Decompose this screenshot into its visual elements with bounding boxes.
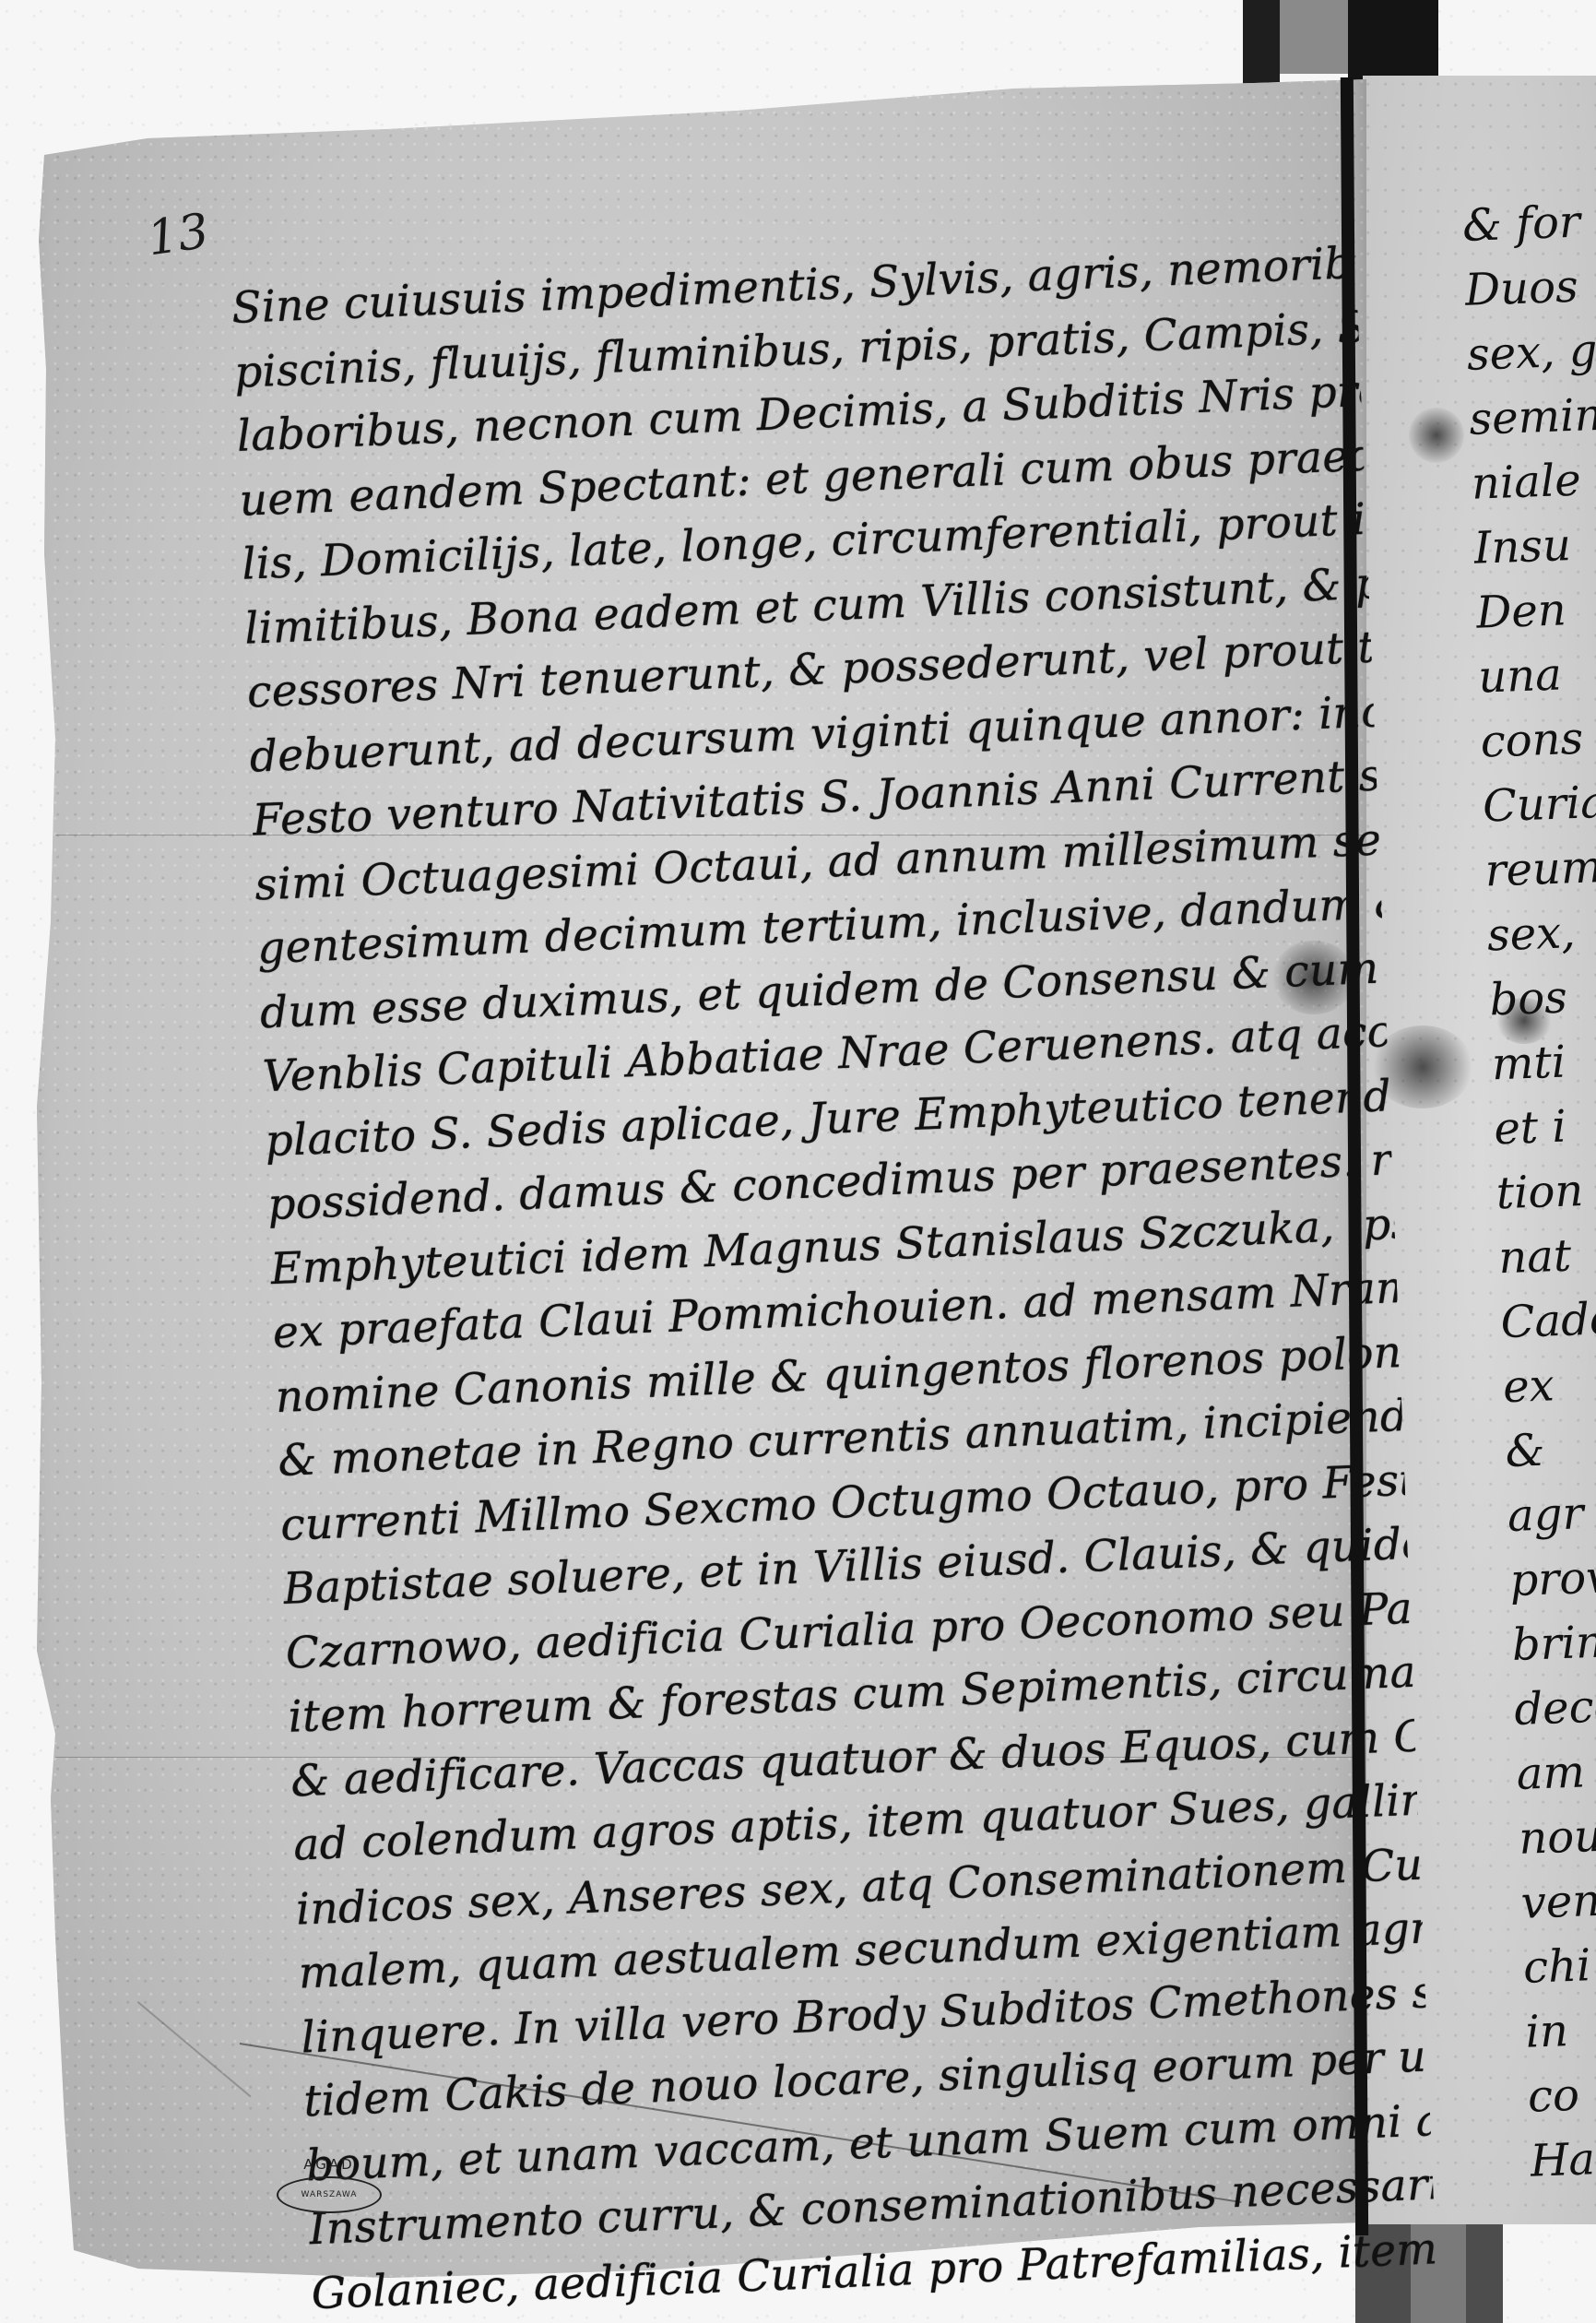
right-line: et i [1493, 1092, 1596, 1161]
right-line: Insu [1472, 512, 1596, 581]
right-line: co [1527, 2060, 1596, 2129]
stamp-city: WARSZAWA [301, 2190, 358, 2199]
ink-stain [1409, 408, 1464, 463]
right-line: cons [1480, 705, 1596, 775]
right-line: brin [1511, 1608, 1596, 1677]
right-line: reum [1484, 834, 1596, 903]
right-line: tion [1496, 1156, 1596, 1226]
right-line: Cade [1500, 1286, 1596, 1355]
right-line: Duos [1463, 254, 1596, 323]
right-line: in [1524, 1996, 1596, 2065]
top-clip-dark [1348, 0, 1438, 81]
right-line: sex, g [1466, 318, 1596, 387]
page-number: 13 [144, 204, 212, 267]
right-line: Curia [1482, 770, 1596, 839]
right-line: niale [1471, 447, 1596, 516]
right-line: am [1516, 1737, 1596, 1807]
right-line: nou [1518, 1802, 1596, 1871]
stamp-label: AGAD [269, 2156, 389, 2173]
right-line: bos [1488, 963, 1596, 1032]
right-line: Den [1475, 576, 1596, 646]
right-line: & for [1461, 189, 1596, 258]
right-line: una [1477, 641, 1596, 710]
right-line: dece [1513, 1673, 1596, 1742]
right-line: ven [1520, 1867, 1596, 1936]
right-line: sex, [1486, 898, 1596, 967]
right-line: & [1504, 1415, 1596, 1484]
right-line: prov [1508, 1544, 1596, 1613]
right-line: mti [1491, 1027, 1596, 1096]
stamp-oval: WARSZAWA [277, 2176, 382, 2213]
right-line: agr [1507, 1479, 1596, 1548]
right-line: chi [1522, 1931, 1596, 2000]
right-line: ex [1502, 1350, 1596, 1419]
top-clip-bar [1243, 0, 1280, 85]
manuscript-text: Sine cuiusuis impedimentis, Sylvis, agri… [231, 231, 1436, 2323]
right-line: semin [1468, 383, 1596, 452]
right-line: Ha [1529, 2125, 1596, 2194]
archive-stamp: AGAD WARSZAWA [269, 2156, 389, 2221]
right-line: nat [1497, 1221, 1596, 1290]
